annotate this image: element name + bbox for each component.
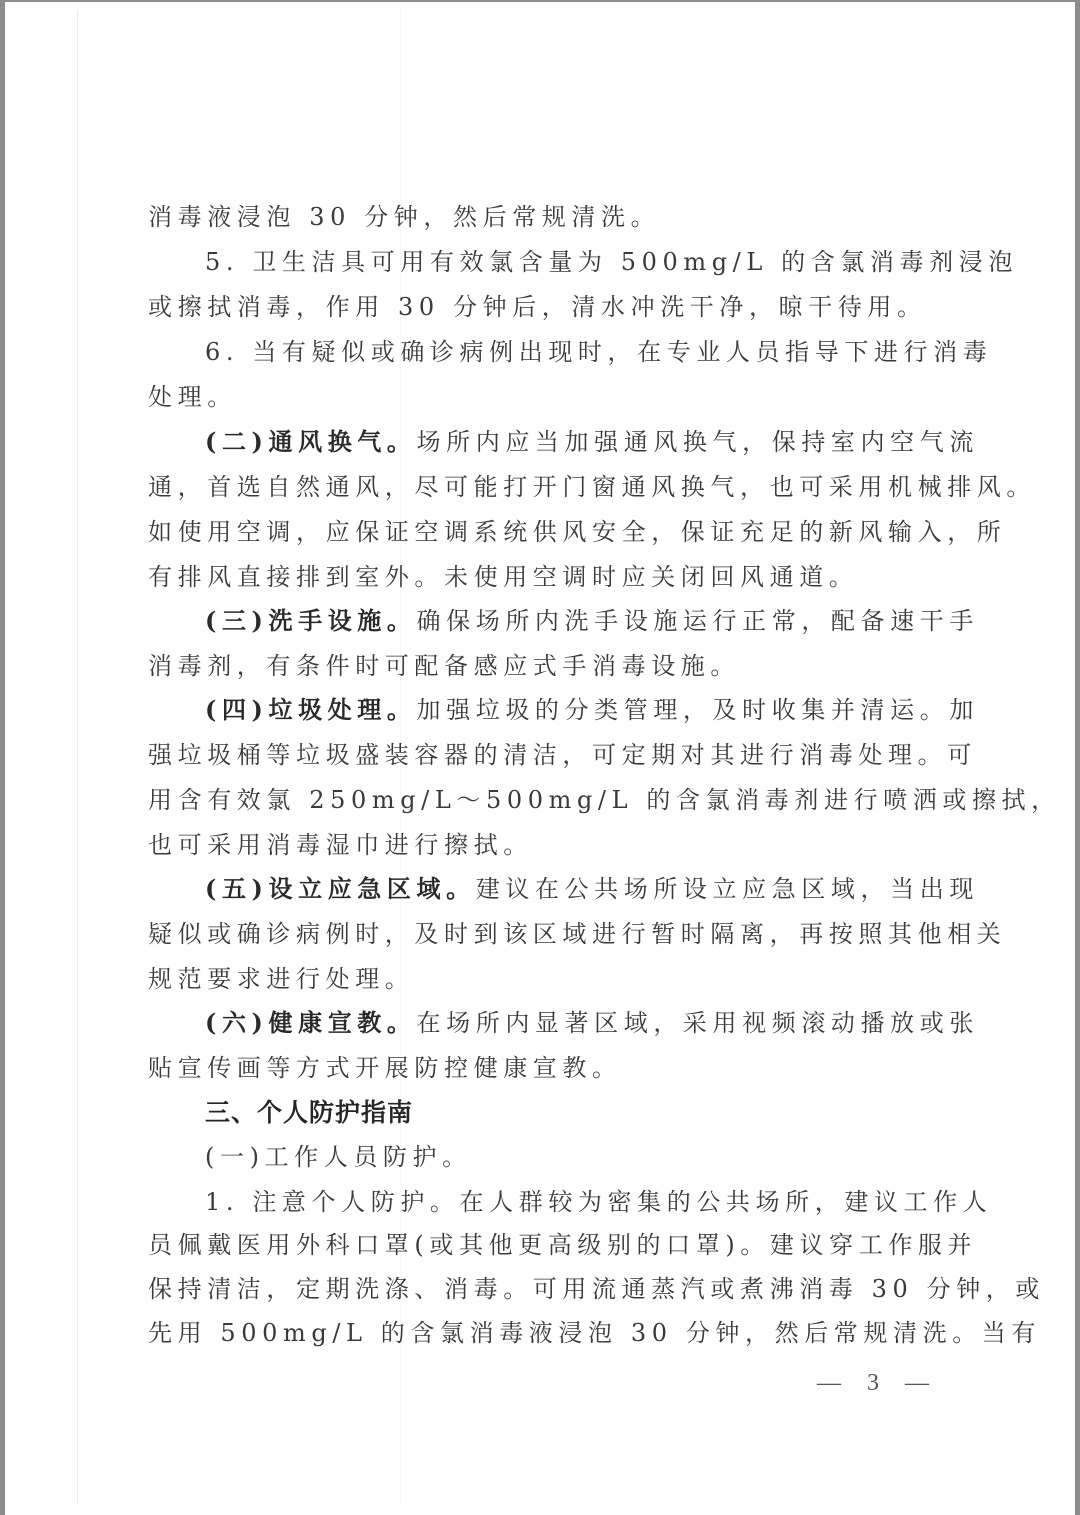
text-line: 通，首选自然通风，尽可能打开门窗通风换气，也可采用机械排风。 [148, 472, 938, 502]
paragraph-title: (四)垃圾处理。 [205, 695, 417, 724]
text-line: 规范要求进行处理。 [148, 964, 938, 994]
paragraph-text: 加强垃圾的分类管理，及时收集并清运。加 [417, 696, 979, 724]
text-line: 强垃圾桶等垃圾盛装容器的清洁，可定期对其进行消毒处理。可 [148, 740, 938, 770]
text-line: 保持清洁，定期洗涤、消毒。可用流通蒸汽或煮沸消毒 30 分钟，或 [148, 1274, 938, 1304]
paragraph-title: (六)健康宣教。 [205, 1008, 417, 1037]
page-crease-line [77, 10, 78, 1505]
document-page: 消毒液浸泡 30 分钟，然后常规清洗。 5. 卫生洁具可用有效氯含量为 500m… [5, 2, 1075, 1515]
text-line: 疑似或确诊病例时，及时到该区域进行暂时隔离，再按照其他相关 [148, 919, 938, 949]
text-line: 或擦拭消毒，作用 30 分钟后，清水冲洗干净，晾干待用。 [148, 292, 938, 322]
paragraph-text: 在场所内显著区域，采用视频滚动播放或张 [417, 1009, 979, 1037]
paragraph-ventilation: (二)通风换气。场所内应当加强通风换气，保持室内空气流 [148, 427, 938, 457]
paragraph-emergency-area: (五)设立应急区域。建议在公共场所设立应急区域，当出现 [148, 874, 938, 904]
paragraph-text: 确保场所内洗手设施运行正常，配备速干手 [417, 607, 979, 635]
paragraph-garbage: (四)垃圾处理。加强垃圾的分类管理，及时收集并清运。加 [148, 695, 938, 725]
text-line: 贴宣传画等方式开展防控健康宣教。 [148, 1053, 938, 1083]
paragraph-title: (二)通风换气。 [205, 427, 417, 456]
text-line: 消毒液浸泡 30 分钟，然后常规清洗。 [148, 202, 938, 232]
paragraph-text: 场所内应当加强通风换气，保持室内空气流 [417, 428, 979, 456]
paragraph-handwash: (三)洗手设施。确保场所内洗手设施运行正常，配备速干手 [148, 606, 938, 636]
text-line: 消毒剂，有条件时可配备感应式手消毒设施。 [148, 651, 938, 681]
paragraph-health-education: (六)健康宣教。在场所内显著区域，采用视频滚动播放或张 [148, 1008, 938, 1038]
paragraph-text: 建议在公共场所设立应急区域，当出现 [476, 875, 979, 903]
section-heading: 三、个人防护指南 [205, 1098, 413, 1128]
text-line: 有排风直接排到室外。未使用空调时应关闭回风通道。 [148, 562, 938, 592]
page-number: — 3 — [817, 1370, 939, 1397]
text-line: 员佩戴医用外科口罩(或其他更高级别的口罩)。建议穿工作服并 [148, 1230, 938, 1260]
paragraph-title: (三)洗手设施。 [205, 606, 417, 635]
text-line: 处理。 [148, 382, 938, 412]
text-line: 1. 注意个人防护。在人群较为密集的公共场所，建议工作人 [148, 1187, 938, 1217]
text-line: 用含有效氯 250mg/L～500mg/L 的含氯消毒剂进行喷洒或擦拭， [148, 785, 938, 815]
text-line: 5. 卫生洁具可用有效氯含量为 500mg/L 的含氯消毒剂浸泡 [148, 247, 938, 277]
paragraph-title: (五)设立应急区域。 [205, 874, 476, 903]
text-line: 也可采用消毒湿巾进行擦拭。 [148, 830, 938, 860]
text-line: 6. 当有疑似或确诊病例出现时，在专业人员指导下进行消毒 [148, 337, 938, 367]
text-line: 如使用空调，应保证空调系统供风安全，保证充足的新风输入，所 [148, 517, 938, 547]
subsection-heading: (一)工作人员防护。 [148, 1142, 938, 1172]
text-line: 先用 500mg/L 的含氯消毒液浸泡 30 分钟，然后常规清洗。当有 [148, 1318, 938, 1348]
